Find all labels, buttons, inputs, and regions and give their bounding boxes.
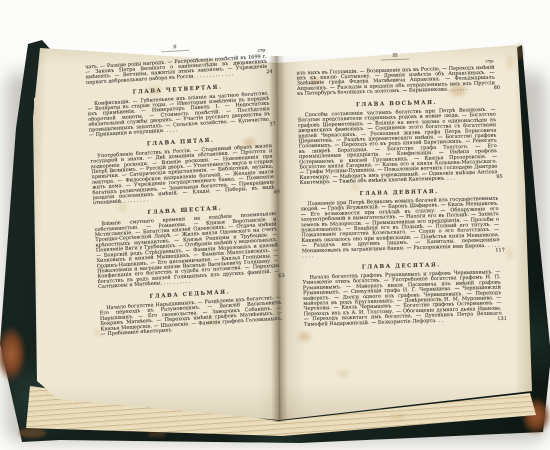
toc-page-number: 131 [497, 316, 507, 321]
toc-entry: Употребленіе богатствъ въ Россіи. — Стар… [90, 143, 275, 206]
toc-entry: Появленіе при Петрѣ Великомъ новыхъ бога… [300, 196, 500, 259]
foxing-spot [298, 332, 311, 341]
toc-page-number: 49 [273, 190, 280, 196]
toc-page-number: 80 [494, 86, 501, 91]
toc-entry-text: Вліяніе смутнаго времени на владѣніе поз… [95, 211, 280, 290]
worn-corner-bottom-left [0, 326, 26, 382]
toc-page-number: 95 [496, 175, 503, 180]
toc-entries: изъ нихъ въ Голландіи. — Возвращеніе ихъ… [296, 65, 502, 327]
toc-page-number: 117 [495, 248, 505, 253]
toc-entry: Способы составленія частныхъ богатствъ п… [298, 107, 498, 186]
toc-page-number: 37 [269, 122, 276, 128]
foxing-spot [506, 56, 514, 69]
cover-wear-fleck [18, 428, 46, 438]
toc-entry-text: Появленіе при Петрѣ Великомъ новыхъ бога… [300, 196, 499, 259]
foxing-spot [338, 370, 349, 377]
right-page-text: III стр. изъ нихъ въ Голландіи. — Возвра… [296, 50, 502, 329]
toc-entry-text: Способы составленія частныхъ богатствъ п… [298, 107, 498, 186]
toc-page-number: 63 [278, 274, 285, 280]
left-page-text: II стр. чать. — Разные роды наградъ. — Р… [84, 39, 283, 339]
toc-entry: изъ нихъ въ Голландіи. — Возвращеніе ихъ… [296, 65, 495, 97]
foxing-spot [506, 248, 513, 259]
toc-entry: Конфискаціи. — Губительное ихъ вліяніе н… [87, 91, 271, 138]
toc-page-number: 24 [266, 69, 273, 75]
toc-entry: Вліяніе смутнаго времени на владѣніе поз… [94, 212, 280, 290]
toc-entry: Начало богатствъ графовъ Румянцевыхъ и г… [303, 269, 502, 327]
foxing-spot [390, 414, 405, 420]
book-photo: II стр. чать. — Разные роды наградъ. — Р… [0, 0, 550, 450]
toc-entry-text: Употребленіе богатствъ въ Россіи. — Стар… [90, 143, 274, 206]
toc-entry-text: Конфискаціи. — Губительное ихъ вліяніе н… [87, 90, 270, 137]
toc-entry-text: изъ нихъ въ Голландіи. — Возвращеніе ихъ… [296, 64, 495, 96]
toc-entries: чать. — Разные роды наградъ. — Распредѣл… [85, 54, 283, 337]
toc-entry-text: Начало богатствъ графовъ Румянцевыхъ и г… [303, 269, 502, 327]
